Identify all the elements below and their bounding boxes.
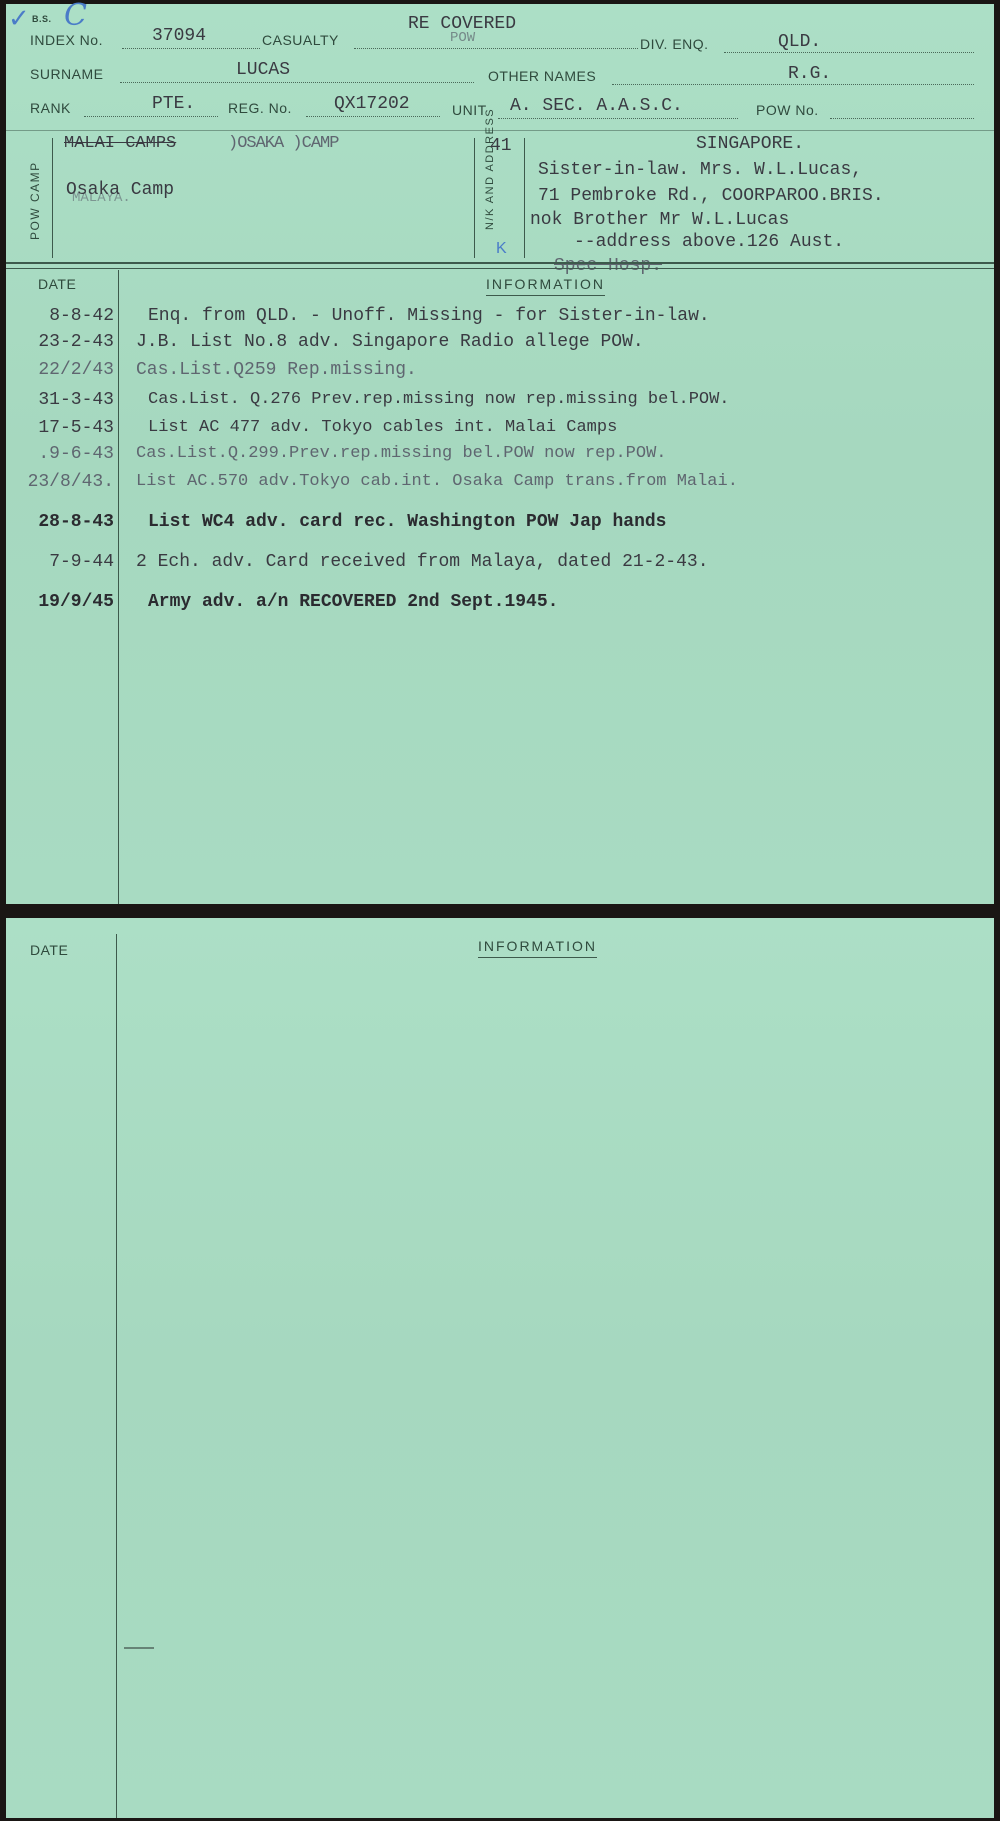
entry-date: 28-8-43 [38, 512, 118, 532]
entry-information: List AC 477 adv. Tokyo cables int. Malai… [148, 418, 617, 437]
entry-information: Cas.List. Q.276 Prev.rep.missing now rep… [148, 390, 730, 409]
back-date-column-header: DATE [30, 942, 68, 958]
entry-information: J.B. List No.8 adv. Singapore Radio alle… [136, 332, 644, 352]
entry-date: 17-5-43 [38, 418, 118, 438]
record-card-back: DATE INFORMATION [6, 918, 994, 1818]
entry-date: 8-8-42 [49, 306, 118, 326]
entry-information: 2 Ech. adv. Card received from Malaya, d… [136, 552, 709, 572]
entry-information: List WC4 adv. card rec. Washington POW J… [148, 512, 666, 532]
record-card-front: ✓ B.S. C INDEX No. 37094 CASUALTY RE COV… [6, 4, 994, 904]
entry-information: List AC.570 adv.Tokyo cab.int. Osaka Cam… [136, 472, 738, 491]
entry-information: Cas.List.Q259 Rep.missing. [136, 360, 417, 380]
pencil-mark [124, 1647, 154, 1649]
back-information-column-header: INFORMATION [478, 938, 597, 958]
entry-information: Enq. from QLD. - Unoff. Missing - for Si… [148, 306, 710, 326]
entry-date: 19/9/45 [38, 592, 118, 612]
entry-date: 31-3-43 [38, 390, 118, 410]
entry-date: 7-9-44 [49, 552, 118, 572]
entry-date: 23-2-43 [38, 332, 118, 352]
entry-date: 22/2/43 [38, 360, 118, 380]
entry-information: Cas.List.Q.299.Prev.rep.missing bel.POW … [136, 444, 667, 463]
entries-table: 8-8-42Enq. from QLD. - Unoff. Missing - … [6, 4, 994, 904]
entry-date: 23/8/43. [28, 472, 118, 492]
entry-information: Army adv. a/n RECOVERED 2nd Sept.1945. [148, 592, 558, 612]
entry-date: .9-6-43 [38, 444, 118, 464]
